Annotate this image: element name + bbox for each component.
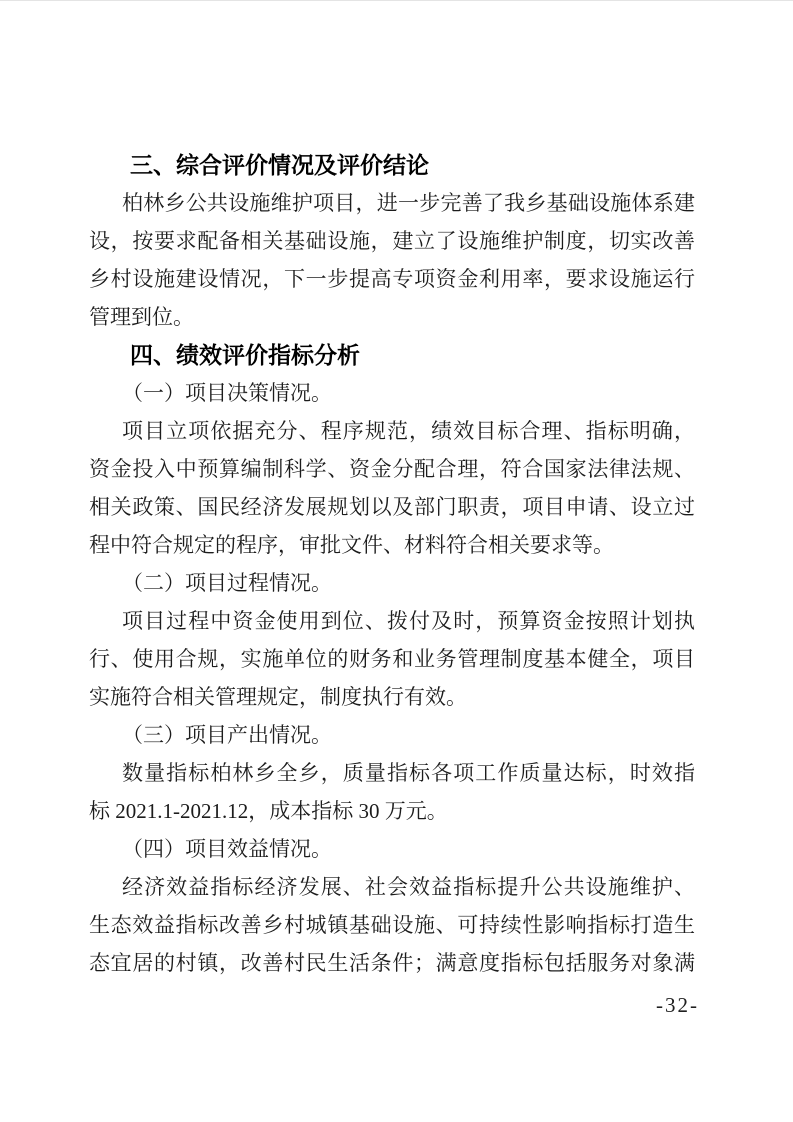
sub-heading-line: （二）项目过程情况。: [89, 564, 695, 602]
text-line: 经济效益指标经济发展、社会效益指标提升公共设施维护、: [89, 868, 695, 906]
text-line: 乡村设施建设情况，下一步提高专项资金利用率，要求设施运行: [89, 260, 695, 298]
text-line: 行、使用合规，实施单位的财务和业务管理制度基本健全，项目: [89, 640, 695, 678]
document-body: 三、综合评价情况及评价结论柏林乡公共设施维护项目，进一步完善了我乡基础设施体系建…: [89, 146, 695, 982]
sub-heading-line: （三）项目产出情况。: [89, 716, 695, 754]
text-line: 项目立项依据充分、程序规范，绩效目标合理、指标明确，: [89, 412, 695, 450]
page-number: -32-: [656, 993, 699, 1017]
section-heading: 三、综合评价情况及评价结论: [89, 146, 695, 184]
document-page: 三、综合评价情况及评价结论柏林乡公共设施维护项目，进一步完善了我乡基础设施体系建…: [0, 0, 793, 1122]
text-line: 相关政策、国民经济发展规划以及部门职责，项目申请、设立过: [89, 488, 695, 526]
text-line: 标 2021.1-2021.12，成本指标 30 万元。: [89, 792, 695, 830]
sub-heading-line: （一）项目决策情况。: [89, 374, 695, 412]
text-line: 项目过程中资金使用到位、拨付及时，预算资金按照计划执: [89, 602, 695, 640]
text-line: 生态效益指标改善乡村城镇基础设施、可持续性影响指标打造生: [89, 906, 695, 944]
text-line: 设，按要求配备相关基础设施，建立了设施维护制度，切实改善: [89, 222, 695, 260]
text-line: 资金投入中预算编制科学、资金分配合理，符合国家法律法规、: [89, 450, 695, 488]
text-line: 数量指标柏林乡全乡，质量指标各项工作质量达标，时效指: [89, 754, 695, 792]
text-line: 态宜居的村镇，改善村民生活条件；满意度指标包括服务对象满: [89, 944, 695, 982]
text-line: 程中符合规定的程序，审批文件、材料符合相关要求等。: [89, 526, 695, 564]
sub-heading-line: （四）项目效益情况。: [89, 830, 695, 868]
text-line: 实施符合相关管理规定，制度执行有效。: [89, 678, 695, 716]
section-heading: 四、绩效评价指标分析: [89, 336, 695, 374]
text-line: 柏林乡公共设施维护项目，进一步完善了我乡基础设施体系建: [89, 184, 695, 222]
text-line: 管理到位。: [89, 298, 695, 336]
